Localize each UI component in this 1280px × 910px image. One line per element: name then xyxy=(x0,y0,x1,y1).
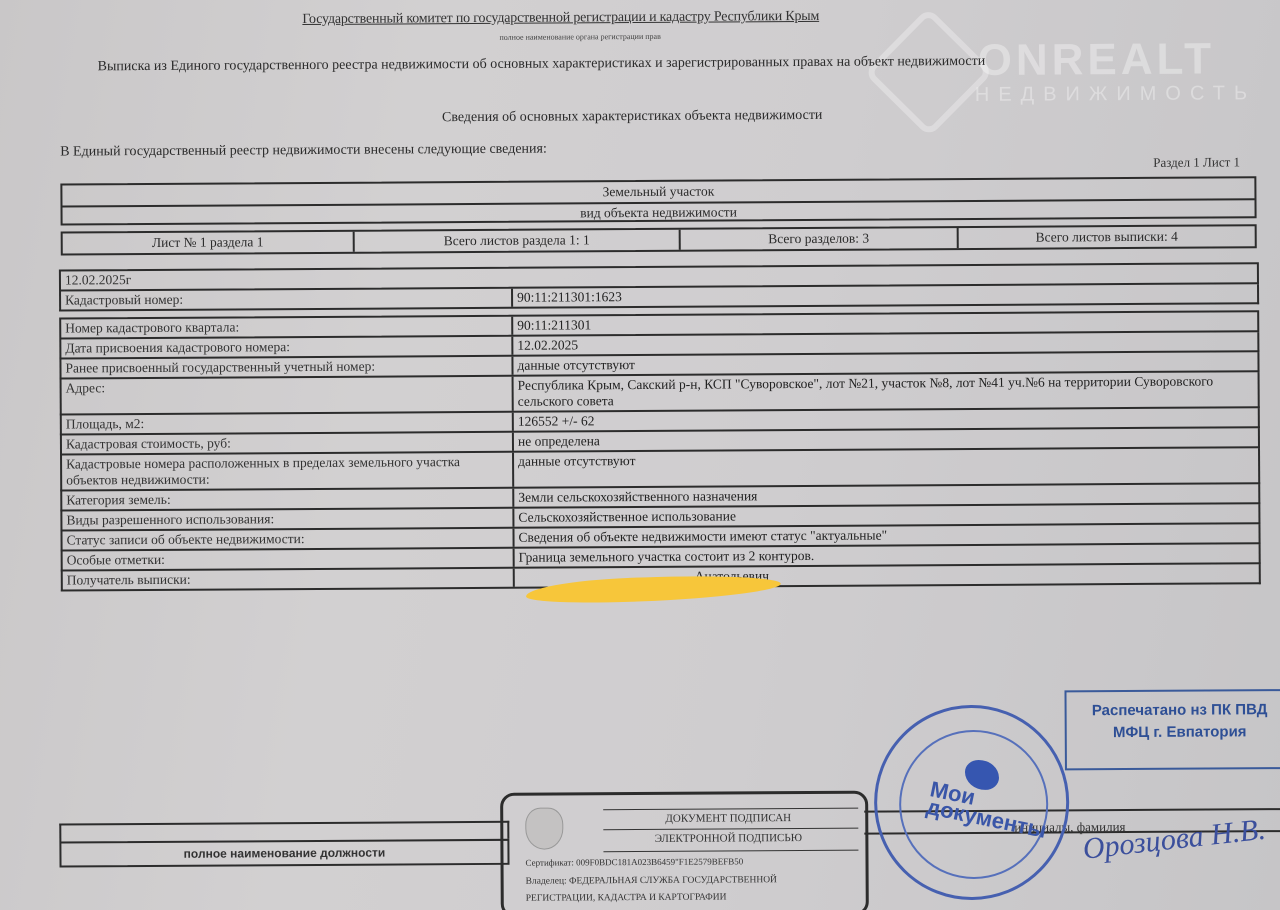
cadastral-value: не определена xyxy=(514,428,1258,451)
sections-total: Всего разделов: 3 xyxy=(681,228,959,250)
printed-line1: Распечатано нз ПК ПВД xyxy=(1067,699,1280,722)
esign-line1: ДОКУМЕНТ ПОДПИСАН xyxy=(603,812,853,826)
position-signature-box: полное наименование должности xyxy=(59,821,509,868)
watermark-logo-icon xyxy=(864,7,994,137)
row-label: Особые отметки: xyxy=(63,549,515,570)
owner-line2: РЕГИСТРАЦИИ, КАДАСТРА И КАРТОГРАФИИ xyxy=(526,889,777,908)
row-label: Кадастровые номера расположенных в преде… xyxy=(62,453,514,490)
authority-caption: полное наименование органа регистрации п… xyxy=(499,32,660,42)
printed-from-stamp: Распечатано нз ПК ПВД МФЦ г. Евпатория xyxy=(1064,689,1280,770)
special-notes: Граница земельного участка состоит из 2 … xyxy=(515,544,1259,567)
extract-document: ONREALT НЕДВИЖИМОСТЬ Государственный ком… xyxy=(0,0,1280,910)
watermark-brand: ONREALT xyxy=(977,34,1215,85)
intro-text: В Единый государственный реестр недвижим… xyxy=(60,142,547,161)
certificate-id: Сертификат: 009F0BDC181A023B6459"F1E2579… xyxy=(525,856,743,867)
row-label: Виды разрешенного использования: xyxy=(62,509,514,530)
land-category: Земли сельскохозяйственного назначения xyxy=(514,484,1258,507)
row-label: Номер кадастрового квартала: xyxy=(61,317,513,338)
row-label: Дата присвоения кадастрового номера: xyxy=(61,337,513,358)
assignment-date: 12.02.2025 xyxy=(513,332,1257,355)
extract-title: Выписка из Единого государственного реес… xyxy=(98,54,986,75)
extract-sheets-total: Всего листов выписки: 4 xyxy=(959,226,1255,248)
coat-of-arms-icon xyxy=(525,807,563,849)
electronic-signature-stamp: ДОКУМЕНТ ПОДПИСАН ЭЛЕКТРОННОЙ ПОДПИСЬЮ С… xyxy=(500,791,869,910)
object-kind-box: Земельный участок вид объекта недвижимос… xyxy=(60,176,1256,225)
sheets-info-row: Лист № 1 раздела 1 Всего листов раздела … xyxy=(61,224,1257,255)
previous-number: данные отсутствуют xyxy=(513,352,1257,375)
printed-line2: МФЦ г. Евпатория xyxy=(1067,721,1280,744)
cadastral-number: 90:11:211301:1623 xyxy=(513,284,1257,307)
esign-line2: ЭЛЕКТРОННОЙ ПОДПИСЬЮ xyxy=(603,832,853,846)
owner-line1: Владелец: ФЕДЕРАЛЬНАЯ СЛУЖБА ГОСУДАРСТВЕ… xyxy=(526,872,777,891)
permitted-use: Сельскохозяйственное использование xyxy=(514,504,1258,527)
cadastral-quarter: 90:11:211301 xyxy=(513,312,1257,335)
section-sheets-total: Всего листов раздела 1: 1 xyxy=(355,230,681,252)
area: 126552 +/- 62 xyxy=(514,408,1258,431)
row-label: Кадастровая стоимость, руб: xyxy=(62,433,514,454)
characteristics-table: 12.02.2025г Кадастровый номер: 90:11:211… xyxy=(59,262,1261,591)
sheet-number: Лист № 1 раздела 1 xyxy=(63,232,355,254)
row-label: Площадь, м2: xyxy=(62,413,514,434)
certificate-owner: Владелец: ФЕДЕРАЛЬНАЯ СЛУЖБА ГОСУДАРСТВЕ… xyxy=(526,872,777,908)
row-label: Получатель выписки: xyxy=(63,569,515,590)
mfc-round-seal: Мои документы xyxy=(874,704,1070,900)
row-label: Статус записи об объекте недвижимости: xyxy=(62,529,514,550)
authority-name: Государственный комитет по государственн… xyxy=(302,9,819,28)
row-label: Ранее присвоенный государственный учетны… xyxy=(61,357,513,378)
section-title: Сведения об основных характеристиках объ… xyxy=(442,108,823,126)
row-label: Категория земель: xyxy=(62,489,514,510)
row-label: Адрес: xyxy=(62,377,514,414)
position-caption: полное наименование должности xyxy=(59,839,509,868)
watermark-sub: НЕДВИЖИМОСТЬ xyxy=(975,82,1256,107)
page-reference: Раздел 1 Лист 1 xyxy=(1153,154,1240,171)
objects-within: данные отсутствуют xyxy=(514,448,1258,487)
record-status: Сведения об объекте недвижимости имеют с… xyxy=(514,524,1258,547)
address: Республика Крым, Сакский р-н, КСП "Сувор… xyxy=(514,372,1258,411)
row-label: Кадастровый номер: xyxy=(61,289,513,310)
